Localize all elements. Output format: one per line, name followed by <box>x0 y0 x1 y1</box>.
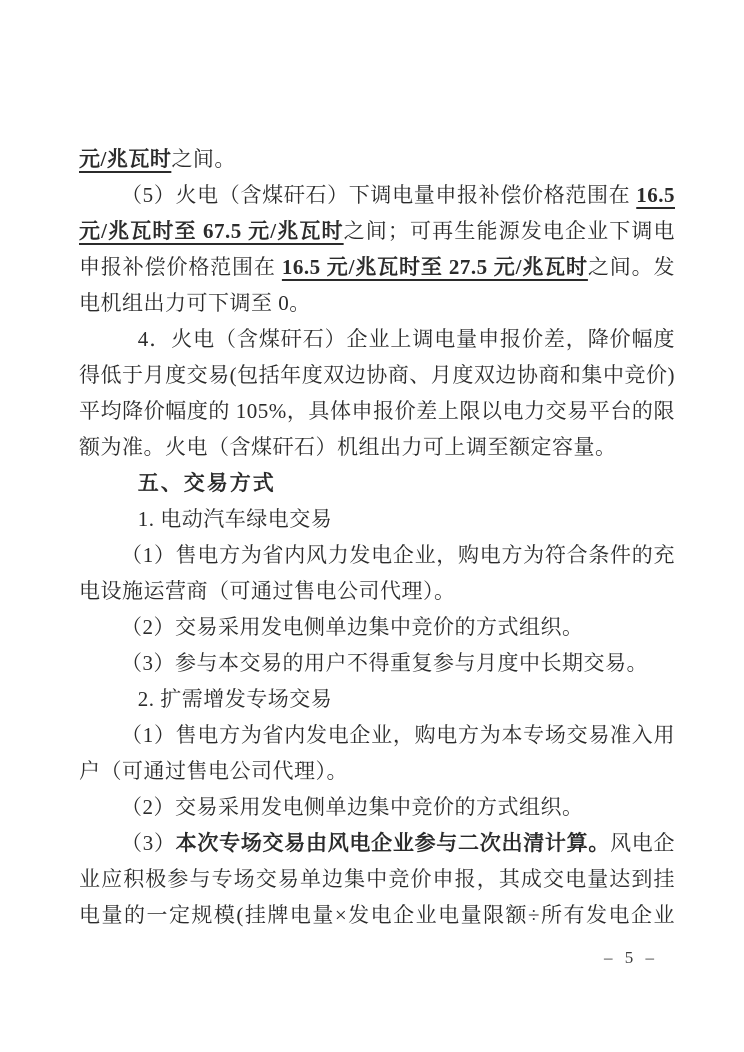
body-text: 电机组出力可下调至 0。 <box>79 291 311 315</box>
text-line: 户（可通过售电公司代理）。 <box>79 753 675 789</box>
text-line: 业应积极参与专场交易单边集中竞价申报，其成交电量达到挂牌 <box>79 861 675 897</box>
body-text: （1）售电方为省内风力发电企业，购电方为符合条件的充 <box>121 543 675 567</box>
underlined-price-unit: 元/兆瓦时 <box>79 147 171 171</box>
list-item-title: 1. 电动汽车绿电交易 <box>138 507 333 531</box>
text-line: （2）交易采用发电侧单边集中竞价的方式组织。 <box>79 609 675 645</box>
text-line: 元/兆瓦时之间。 <box>79 141 675 177</box>
text-line: 申报补偿价格范围在 16.5 元/兆瓦时至 27.5 元/兆瓦时之间。发 <box>79 249 675 285</box>
text-line: （1）售电方为省内发电企业，购电方为本专场交易准入用 <box>79 717 675 753</box>
body-text: 户（可通过售电公司代理）。 <box>79 759 348 783</box>
page-number: – 5 – <box>604 948 658 968</box>
text-line: 额为准。火电（含煤矸石）机组出力可上调至额定容量。 <box>79 429 675 465</box>
text-line: 电设施运营商（可通过售电公司代理）。 <box>79 573 675 609</box>
document-text-block: 元/兆瓦时之间。 （5）火电（含煤矸石）下调电量申报补偿价格范围在 16.5 元… <box>79 141 675 933</box>
body-text: 4．火电（含煤矸石）企业上调电量申报价差，降价幅度不 <box>79 327 675 357</box>
text-line: 电机组出力可下调至 0。 <box>79 285 675 321</box>
bold-emphasis-text: 本次专场交易由风电企业参与二次出清计算。 <box>176 831 610 855</box>
text-line: 1. 电动汽车绿电交易 <box>79 501 675 537</box>
body-text: 平均降价幅度的 105%，具体申报价差上限以电力交易平台的限 <box>79 399 675 423</box>
text-line: 4．火电（含煤矸石）企业上调电量申报价差，降价幅度不 <box>79 321 675 357</box>
list-item-title: 2. 扩需增发专场交易 <box>138 687 333 711</box>
text-line: （5）火电（含煤矸石）下调电量申报补偿价格范围在 16.5 <box>79 177 675 213</box>
body-text: 之间。 <box>171 147 236 171</box>
body-text: 电设施运营商（可通过售电公司代理）。 <box>79 579 456 603</box>
body-text: （2）交易采用发电侧单边集中竞价的方式组织。 <box>121 795 584 819</box>
body-text: 额为准。火电（含煤矸石）机组出力可上调至额定容量。 <box>79 435 617 459</box>
text-line: （3）本次专场交易由风电企业参与二次出清计算。风电企 <box>79 825 675 861</box>
section-heading-text: 五、交易方式 <box>138 471 276 495</box>
underlined-price-range: 元/兆瓦时至 67.5 元/兆瓦时 <box>79 219 344 243</box>
text-line: 元/兆瓦时至 67.5 元/兆瓦时之间；可再生能源发电企业下调电量 <box>79 213 675 249</box>
text-line: （1）售电方为省内风力发电企业，购电方为符合条件的充 <box>79 537 675 573</box>
body-text: 之间。发 <box>588 255 675 279</box>
text-line: （3）参与本交易的用户不得重复参与月度中长期交易。 <box>79 645 675 681</box>
text-line: 得低于月度交易(包括年度双边协商、月度双边协商和集中竞价) <box>79 357 675 393</box>
body-text: （5）火电（含煤矸石）下调电量申报补偿价格范围在 <box>121 183 636 207</box>
text-line: 平均降价幅度的 105%，具体申报价差上限以电力交易平台的限 <box>79 393 675 429</box>
body-text: 业应积极参与专场交易单边集中竞价申报，其成交电量达到挂牌 <box>79 867 675 897</box>
text-line: 电量的一定规模(挂牌电量×发电企业电量限额÷所有发电企业 <box>79 897 675 933</box>
underlined-price-value: 16.5 <box>636 183 675 207</box>
body-text: （3）参与本交易的用户不得重复参与月度中长期交易。 <box>121 651 648 675</box>
underlined-price-range: 16.5 元/兆瓦时至 27.5 元/兆瓦时 <box>282 255 588 279</box>
text-line: 2. 扩需增发专场交易 <box>79 681 675 717</box>
body-text: 申报补偿价格范围在 <box>79 255 282 279</box>
body-text: （2）交易采用发电侧单边集中竞价的方式组织。 <box>121 615 584 639</box>
section-heading: 五、交易方式 <box>79 465 675 501</box>
body-text: （1）售电方为省内发电企业，购电方为本专场交易准入用 <box>121 723 675 747</box>
scanned-document-page: { "page": { "background": "#ffffff", "te… <box>0 0 744 1052</box>
body-text: （3） <box>121 831 176 855</box>
body-text: 风电企 <box>610 831 675 855</box>
text-line: （2）交易采用发电侧单边集中竞价的方式组织。 <box>79 789 675 825</box>
body-text: 电量的一定规模(挂牌电量×发电企业电量限额÷所有发电企业 <box>79 903 675 927</box>
body-text: 得低于月度交易(包括年度双边协商、月度双边协商和集中竞价) <box>79 363 675 387</box>
